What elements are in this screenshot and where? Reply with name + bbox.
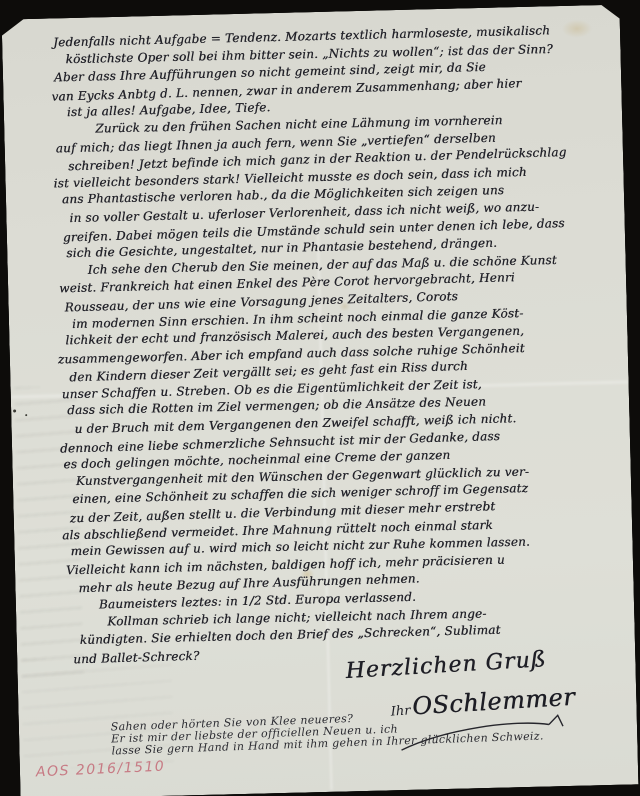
letter-body: Jedenfalls nicht Aufgabe = Tendenz. Moza… bbox=[58, 21, 629, 668]
dust-speck bbox=[13, 409, 16, 412]
dust-speck bbox=[25, 414, 27, 416]
letter-page: Jedenfalls nicht Aufgabe = Tendenz. Moza… bbox=[2, 5, 639, 796]
scan-background: Jedenfalls nicht Aufgabe = Tendenz. Moza… bbox=[0, 0, 640, 796]
